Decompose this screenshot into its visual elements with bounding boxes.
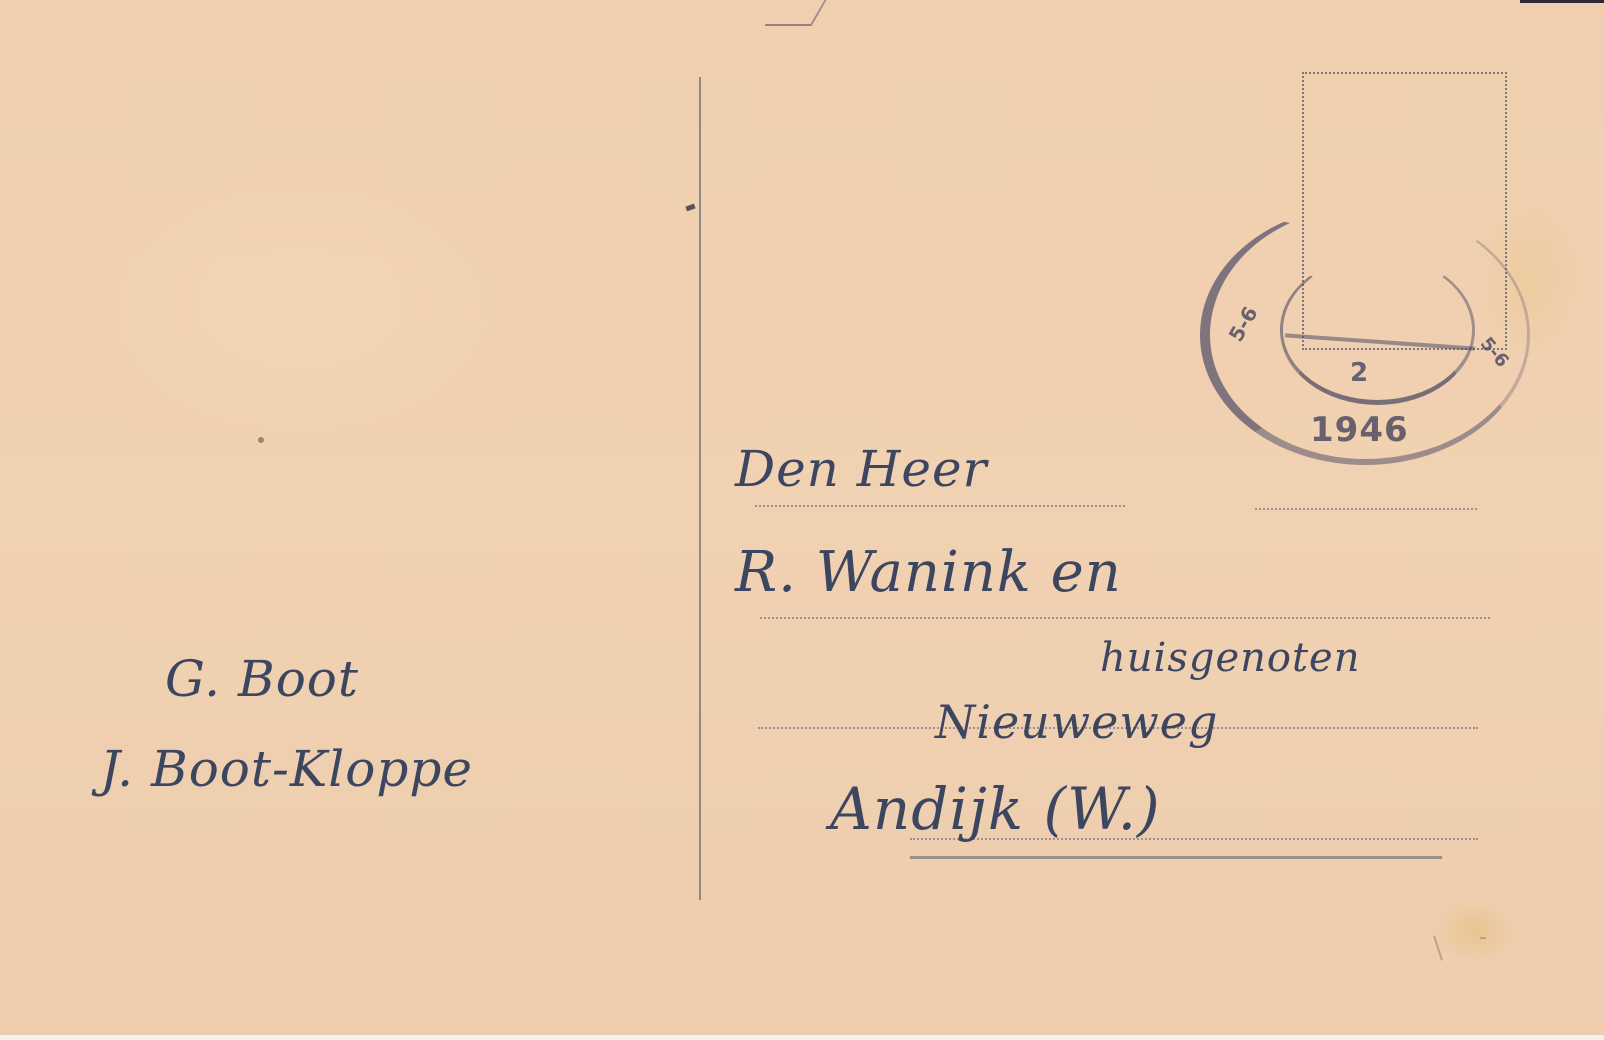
address-recipient: R. Wanink en <box>735 540 1122 605</box>
address-household: huisgenoten <box>1100 635 1360 681</box>
address-street: Nieuweweg <box>935 695 1218 749</box>
address-underline <box>910 856 1442 859</box>
postcard: 2 1946 5-6 5-6 Den Heer R. Wanink en hui… <box>0 0 1604 1035</box>
postmark-day: 2 <box>1350 358 1368 388</box>
sender-signature-1: G. Boot <box>165 650 359 708</box>
paper-blemish <box>258 437 264 443</box>
postmark-year: 1946 <box>1310 410 1409 450</box>
address-line-1 <box>755 505 1125 507</box>
address-line-1b <box>1255 508 1477 510</box>
scan-edge <box>1520 0 1604 3</box>
ink-mark <box>685 204 695 212</box>
sender-signature-2: J. Boot-Kloppe <box>100 740 473 798</box>
paper-fleck <box>1480 937 1486 939</box>
paper-fleck <box>1433 935 1443 960</box>
corner-mark <box>764 0 826 26</box>
address-divider-line <box>699 77 701 900</box>
address-town: Andijk (W.) <box>830 775 1161 843</box>
address-salutation: Den Heer <box>735 440 987 498</box>
postmark-inner-ring <box>1280 255 1475 405</box>
address-line-2 <box>760 617 1490 619</box>
